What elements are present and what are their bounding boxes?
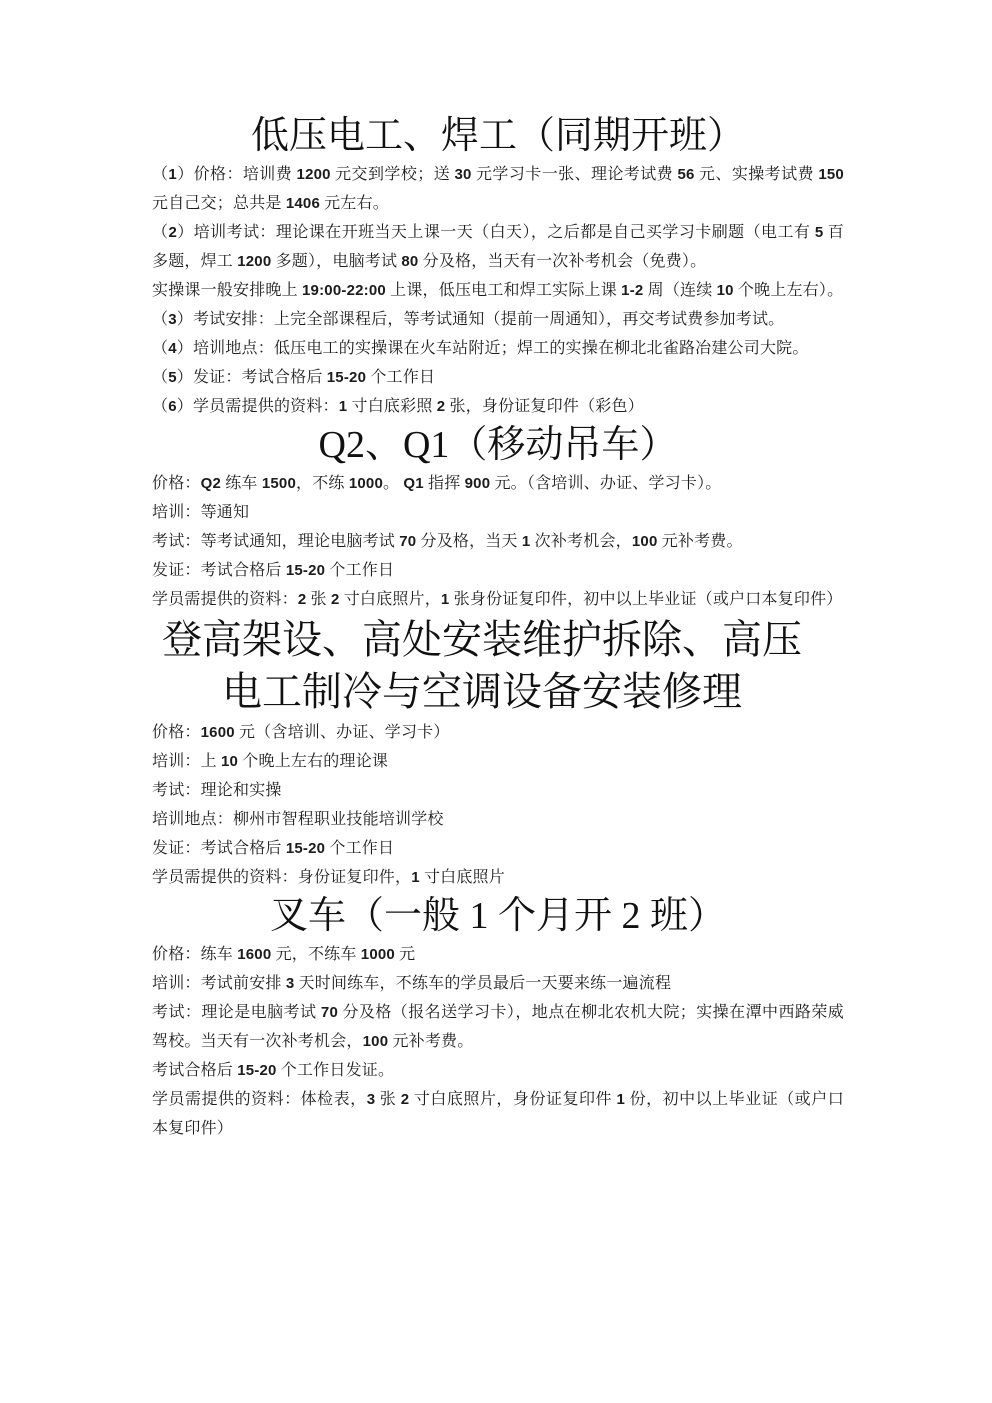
section-body-high-altitude-hv-electrician-refrigeration: 价格：1600 元（含培训、办证、学习卡）培训：上 10 个晚上左右的理论课考试… (152, 718, 844, 892)
section-body-low-voltage-electrician-welder: （1）价格：培训费 1200 元交到学校；送 30 元学习卡一张、理论考试费 5… (152, 160, 844, 421)
paragraph: （3）考试安排：上完全部课程后，等考试通知（提前一周通知），再交考试费参加考试。 (152, 305, 844, 334)
paragraph: 考试：理论是电脑考试 70 分及格（报名送学习卡），地点在柳北农机大院；实操在潭… (152, 998, 844, 1056)
section-body-q2-q1-mobile-crane: 价格：Q2 练车 1500，不练 1000。 Q1 指挥 900 元。（含培训、… (152, 469, 844, 614)
paragraph: 实操课一般安排晚上 19:00-22:00 上课，低压电工和焊工实际上课 1-2… (152, 276, 844, 305)
section-forklift: 叉车（一般 1 个月开 2 班） 价格：练车 1600 元，不练车 1000 元… (152, 892, 844, 1143)
paragraph: （1）价格：培训费 1200 元交到学校；送 30 元学习卡一张、理论考试费 5… (152, 160, 844, 218)
paragraph: （5）发证：考试合格后 15-20 个工作日 (152, 363, 844, 392)
paragraph: 学员需提供的资料：2 张 2 寸白底照片，1 张身份证复印件，初中以上毕业证（或… (152, 585, 844, 614)
paragraph: 价格：练车 1600 元，不练车 1000 元 (152, 940, 844, 969)
paragraph: 培训：等通知 (152, 498, 844, 527)
paragraph: 培训地点：柳州市智程职业技能培训学校 (152, 805, 844, 834)
section-title-q2-q1-mobile-crane: Q2、Q1（移动吊车） (152, 421, 844, 469)
section-low-voltage-electrician-welder: 低压电工、焊工（同期开班） （1）价格：培训费 1200 元交到学校；送 30 … (152, 112, 844, 421)
paragraph: 价格：1600 元（含培训、办证、学习卡） (152, 718, 844, 747)
paragraph: 发证：考试合格后 15-20 个工作日 (152, 556, 844, 585)
paragraph: 考试：理论和实操 (152, 776, 844, 805)
section-title-high-altitude-hv-electrician-refrigeration: 登高架设、高处安装维护拆除、高压电工制冷与空调设备安装修理 (152, 614, 812, 718)
paragraph: 培训：上 10 个晚上左右的理论课 (152, 747, 844, 776)
paragraph: 考试：等考试通知，理论电脑考试 70 分及格，当天 1 次补考机会，100 元补… (152, 527, 844, 556)
paragraph: 发证：考试合格后 15-20 个工作日 (152, 834, 844, 863)
paragraph: （6）学员需提供的资料：1 寸白底彩照 2 张，身份证复印件（彩色） (152, 392, 844, 421)
section-title-low-voltage-electrician-welder: 低压电工、焊工（同期开班） (152, 112, 844, 160)
paragraph: （2）培训考试：理论课在开班当天上课一天（白天），之后都是自己买学习卡刷题（电工… (152, 218, 844, 276)
document-page: 低压电工、焊工（同期开班） （1）价格：培训费 1200 元交到学校；送 30 … (0, 0, 992, 1403)
paragraph: 价格：Q2 练车 1500，不练 1000。 Q1 指挥 900 元。（含培训、… (152, 469, 844, 498)
section-high-altitude-hv-electrician-refrigeration: 登高架设、高处安装维护拆除、高压电工制冷与空调设备安装修理 价格：1600 元（… (152, 614, 844, 892)
paragraph: （4）培训地点：低压电工的实操课在火车站附近；焊工的实操在柳北北雀路冶建公司大院… (152, 334, 844, 363)
section-q2-q1-mobile-crane: Q2、Q1（移动吊车） 价格：Q2 练车 1500，不练 1000。 Q1 指挥… (152, 421, 844, 614)
paragraph: 学员需提供的资料：体检表，3 张 2 寸白底照片，身份证复印件 1 份，初中以上… (152, 1085, 844, 1143)
paragraph: 考试合格后 15-20 个工作日发证。 (152, 1056, 844, 1085)
paragraph: 学员需提供的资料：身份证复印件，1 寸白底照片 (152, 863, 844, 892)
section-body-forklift: 价格：练车 1600 元，不练车 1000 元培训：考试前安排 3 天时间练车，… (152, 940, 844, 1143)
paragraph: 培训：考试前安排 3 天时间练车，不练车的学员最后一天要来练一遍流程 (152, 969, 844, 998)
section-title-forklift: 叉车（一般 1 个月开 2 班） (152, 892, 844, 940)
